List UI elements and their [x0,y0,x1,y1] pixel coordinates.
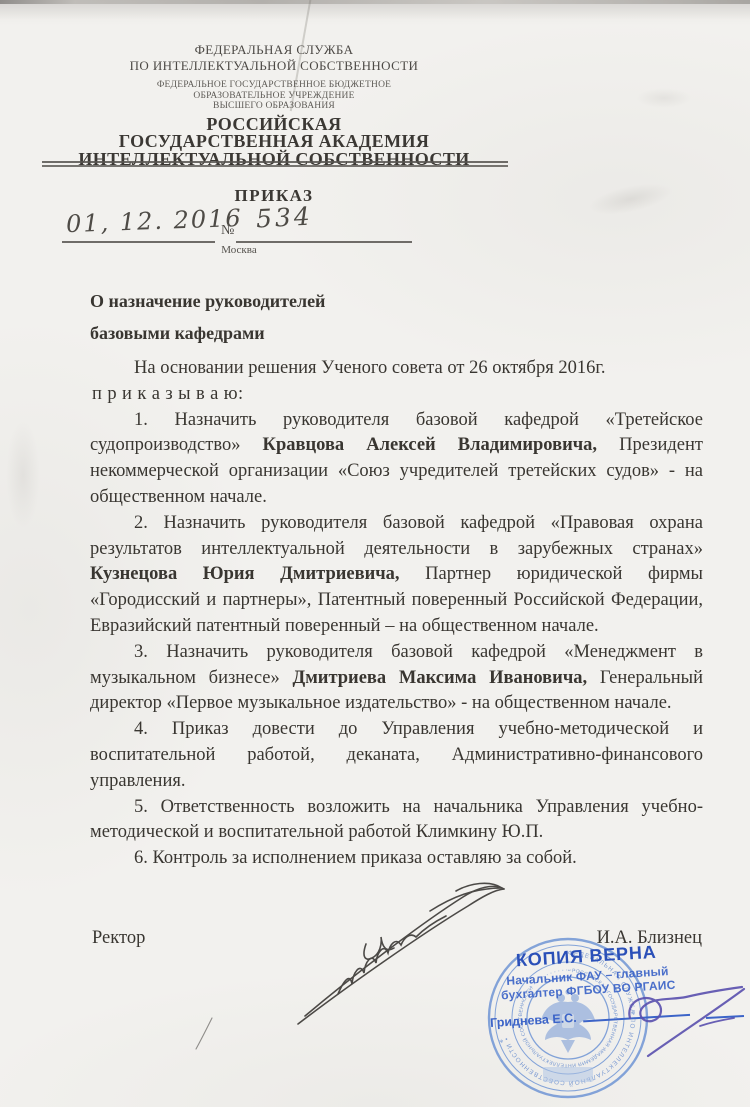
signature-line-dash [706,1015,744,1019]
scan-smudge [6,420,40,530]
scanned-order-document: ФЕДЕРАЛЬНАЯ СЛУЖБА ПО ИНТЕЛЛЕКТУАЛЬНОЙ С… [0,0,750,1107]
order-item-5: 5. Ответственность возложить на начальни… [90,795,703,847]
institution-line: ОБРАЗОВАТЕЛЬНОЕ УЧРЕЖДЕНИЕ [40,91,508,102]
federal-service-line: ФЕДЕРАЛЬНАЯ СЛУЖБА [40,42,508,58]
order-subject: О назначение руководителей базовыми кафе… [90,285,325,349]
order-preamble: На основании решения Ученого совета от 2… [90,356,703,382]
order-item-4: 4. Приказ довести до Управления учебно-м… [90,717,703,794]
signature-line [583,1014,690,1023]
number-sign: № [221,223,234,239]
order-body: На основании решения Ученого совета от 2… [90,356,703,872]
appointee-name: Дмитриева Максима Ивановича, [292,668,587,688]
letterhead-divider [42,161,508,167]
decree-word: п р и к а з ы в а ю: [90,382,703,408]
handwritten-order-number: 534 [255,202,313,234]
seal-bottom-banner [543,1067,593,1082]
handwritten-date: 01, 12. 2016 [66,204,244,238]
academy-name-line: ГОСУДАРСТВЕННАЯ АКАДЕМИЯ [40,133,508,151]
institution-block: ФЕДЕРАЛЬНОЕ ГОСУДАРСТВЕННОЕ БЮДЖЕТНОЕ ОБ… [40,80,508,112]
order-item-3: 3. Назначить руководителя базовой кафедр… [90,640,703,717]
signer-position: Ректор [92,928,145,949]
appointee-name: Кузнецова Юрия Дмитриевича, [90,564,400,584]
scan-smudge [636,88,692,108]
letterhead: ФЕДЕРАЛЬНАЯ СЛУЖБА ПО ИНТЕЛЛЕКТУАЛЬНОЙ С… [40,42,508,168]
subject-line: О назначение руководителей [90,285,325,317]
institution-line: ФЕДЕРАЛЬНОЕ ГОСУДАРСТВЕННОЕ БЮДЖЕТНОЕ [40,80,508,91]
date-underline [62,241,215,243]
rector-signature [196,883,504,1049]
order-item-6: 6. Контроль за исполнением приказа остав… [90,846,703,872]
seal-star-left: * [499,1038,504,1048]
item-text: 2. Назначить руководителя базовой кафедр… [90,513,703,559]
order-item-2: 2. Назначить руководителя базовой кафедр… [90,511,703,640]
federal-service-line: ПО ИНТЕЛЛЕКТУАЛЬНОЙ СОБСТВЕННОСТИ [40,58,508,74]
appointee-name: Кравцова Алексей Владимировича, [263,435,598,455]
scan-smudge [586,177,676,220]
order-item-1: 1. Назначить руководителя базовой кафедр… [90,408,703,511]
city-label: Москва [202,244,276,256]
copy-certification-stamp: КОПИЯ ВЕРНА Начальник ФАУ – главный бухг… [486,940,690,1030]
institution-line: ВЫСШЕГО ОБРАЗОВАНИЯ [40,101,508,112]
scan-shadow-artifact [0,4,750,20]
number-underline [236,241,412,243]
subject-line: базовыми кафедрами [90,317,325,349]
